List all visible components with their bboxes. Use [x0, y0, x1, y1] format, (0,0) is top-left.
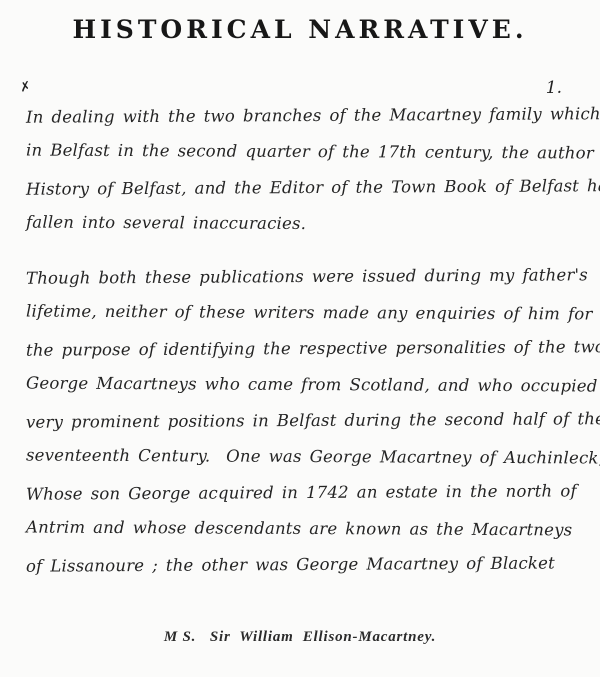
manuscript-line: of Lissanoure ; the other was George Mac… — [26, 548, 584, 587]
manuscript-line: Though both these publications were issu… — [26, 260, 584, 299]
manuscript-line: Antrim and whose descendants are known a… — [26, 513, 584, 552]
manuscript-line: very prominent positions in Belfast duri… — [26, 404, 584, 443]
manuscript-line: In dealing with the two branches of the … — [26, 99, 584, 138]
manuscript-line: George Macartneys who came from Scotland… — [26, 369, 584, 408]
scanned-manuscript-page: HISTORICAL NARRATIVE. ✗ 1. In dealing wi… — [0, 0, 600, 677]
manuscript-line: seventeenth Century. One was George Maca… — [26, 441, 584, 480]
manuscript-line: History of Belfast, and the Editor of th… — [26, 171, 584, 210]
caption: M S. Sir William Ellison-Macartney. — [0, 629, 600, 646]
manuscript-line: lifetime, neither of these writers made … — [26, 297, 584, 336]
manuscript-line: in Belfast in the second quarter of the … — [26, 136, 584, 175]
page-title: HISTORICAL NARRATIVE. — [0, 15, 600, 44]
manuscript-body: In dealing with the two branches of the … — [26, 101, 584, 586]
page-number: 1. — [546, 78, 562, 98]
manuscript-line: fallen into several inaccuracies. — [26, 208, 584, 247]
manuscript-line: the purpose of identifying the respectiv… — [26, 332, 584, 371]
correction-mark: ✗ — [19, 79, 33, 96]
manuscript-line: Whose son George acquired in 1742 an est… — [26, 476, 584, 515]
